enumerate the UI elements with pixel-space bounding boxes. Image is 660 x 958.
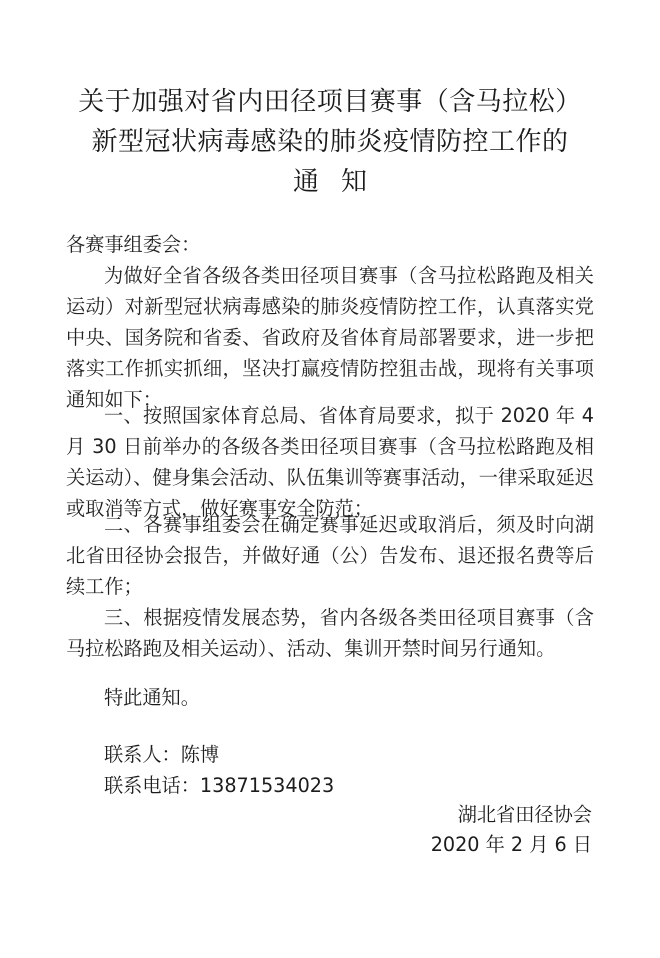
salutation-text: 各赛事组委会： xyxy=(66,229,594,260)
item-3-line: 三、根据疫情发展态势，省内各级各类田径项目赛事（含 xyxy=(66,602,594,633)
intro-line: 落实工作抓实抓细，坚决打赢疫情防控狙击战，现将有关事项 xyxy=(66,353,594,384)
item-2-line: 续工作； xyxy=(66,571,594,602)
contact-person: 联系人：陈博 xyxy=(104,739,219,770)
signature-organization: 湖北省田径协会 xyxy=(458,799,592,830)
intro-line: 中央、国务院和省委、省政府及省体育局部署要求，进一步把 xyxy=(66,322,594,353)
item-3-line: 马拉松路跑及相关运动）、活动、集训开禁时间另行通知。 xyxy=(66,633,594,664)
item-1-line: 一、按照国家体育总局、省体育局要求，拟于 2020 年 4 xyxy=(66,400,594,431)
item-paragraph-1: 一、按照国家体育总局、省体育局要求，拟于 2020 年 4 月 30 日前举办的… xyxy=(66,400,594,524)
contact-phone: 联系电话：13871534023 xyxy=(104,770,334,801)
item-2-line: 二、各赛事组委会在确定赛事延迟或取消后，须及时向湖 xyxy=(66,509,594,540)
closing-text: 特此通知。 xyxy=(104,682,200,713)
item-paragraph-2: 二、各赛事组委会在确定赛事延迟或取消后，须及时向湖 北省田径协会报告，并做好通（… xyxy=(66,509,594,602)
notice-document: 关于加强对省内田径项目赛事（含马拉松） 新型冠状病毒感染的肺炎疫情防控工作的 通… xyxy=(0,0,660,958)
title-line-2: 新型冠状病毒感染的肺炎疫情防控工作的 xyxy=(0,126,660,158)
signature-date: 2020 年 2 月 6 日 xyxy=(431,829,592,860)
item-2-line: 北省田径协会报告，并做好通（公）告发布、退还报名费等后 xyxy=(66,540,594,571)
title-line-1: 关于加强对省内田径项目赛事（含马拉松） xyxy=(0,86,660,118)
intro-line: 为做好全省各级各类田径项目赛事（含马拉松路跑及相关 xyxy=(66,260,594,291)
item-paragraph-3: 三、根据疫情发展态势，省内各级各类田径项目赛事（含 马拉松路跑及相关运动）、活动… xyxy=(66,602,594,664)
intro-paragraph: 为做好全省各级各类田径项目赛事（含马拉松路跑及相关 运动）对新型冠状病毒感染的肺… xyxy=(66,260,594,415)
title-line-3: 通知 xyxy=(0,166,660,198)
item-1-line: 关运动）、健身集会活动、队伍集训等赛事活动，一律采取延迟 xyxy=(66,462,594,493)
salutation: 各赛事组委会： xyxy=(66,229,594,260)
item-1-line: 月 30 日前举办的各级各类田径项目赛事（含马拉松路跑及相 xyxy=(66,431,594,462)
intro-line: 运动）对新型冠状病毒感染的肺炎疫情防控工作，认真落实党 xyxy=(66,291,594,322)
